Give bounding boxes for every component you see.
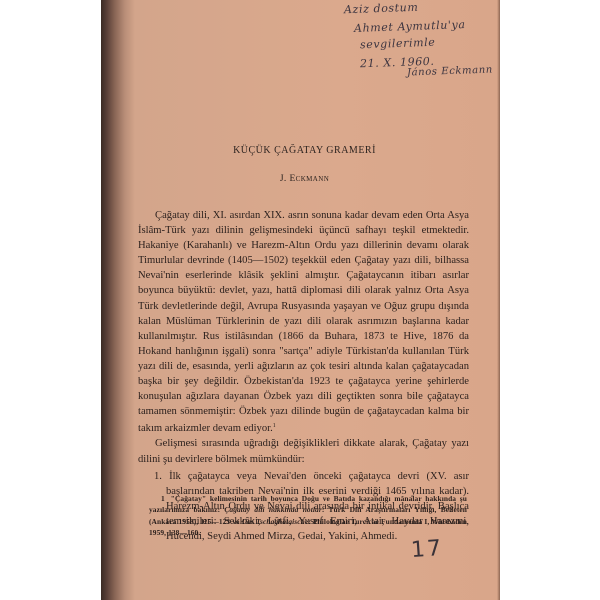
inscription-line: Aziz dostum bbox=[344, 1, 419, 17]
article-title: KÜÇÜK ÇAĞATAY GRAMERİ bbox=[101, 145, 500, 156]
footnote-citation-title: Das Tschaghataische bbox=[242, 517, 309, 526]
footnote-citation-title: Çağatay dili hakkında notlar bbox=[224, 505, 321, 514]
inscription-line: Ahmet Aymutlu'ya bbox=[354, 18, 466, 35]
inscription-signature: János Eckmann bbox=[407, 65, 493, 79]
footnote: 1"Çağatay" kelimesinin tarih boyunca Doğ… bbox=[149, 493, 467, 538]
book-page: Aziz dostum Ahmet Aymutlu'ya sevgileriml… bbox=[101, 0, 500, 600]
inscription-line: sevgilerimle bbox=[360, 36, 436, 52]
handwritten-page-number: 17 bbox=[410, 536, 444, 563]
paragraph-text: Çağatay dili, XI. asırdan XIX. asrın son… bbox=[138, 210, 469, 434]
article-author: J. Eckmann bbox=[101, 174, 500, 184]
author-name: J. Eckmann bbox=[280, 174, 329, 184]
footnote-reference: 1 bbox=[273, 423, 276, 429]
paragraph: Gelişmesi sırasında uğradığı değişiklikl… bbox=[138, 436, 469, 466]
list-item-number: 1. bbox=[154, 471, 162, 482]
footnote-mark: 1 bbox=[161, 494, 165, 503]
paragraph: Çağatay dili, XI. asırdan XIX. asrın son… bbox=[138, 208, 469, 436]
